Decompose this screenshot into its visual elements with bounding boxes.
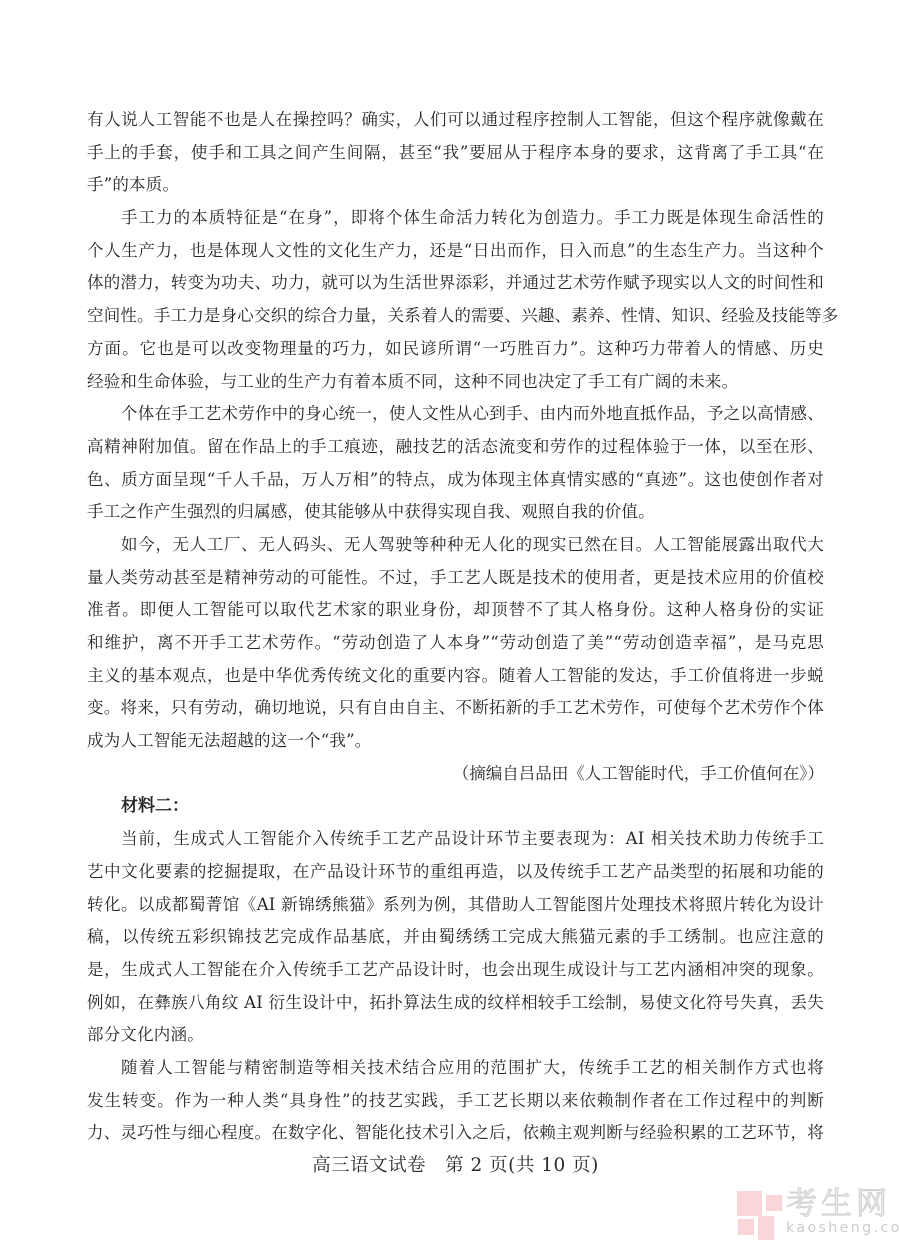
exam-paper-page: 有人说人工智能不也是人在操控吗？确实，人们可以通过程序控制人工智能，但这个程序就…: [0, 0, 900, 1256]
body-line: 高精神附加值。留在作品上的手工痕迹，融技艺的活态流变和劳作的过程体验于一体，以至…: [87, 431, 824, 464]
body-line: 如今，无人工厂、无人码头、无人驾驶等种种无人化的现实已然在目。人工智能展露出取代…: [87, 529, 824, 562]
page-content: 有人说人工智能不也是人在操控吗？确实，人们可以通过程序控制人工智能，但这个程序就…: [87, 104, 824, 1183]
body-line: 手上的手套，使手和工具之间产生间隔，甚至“我”要屈从于程序本身的要求，这背离了手…: [87, 137, 824, 170]
kaosheng-logo-icon: [735, 1188, 783, 1244]
paragraph-5: 当前，生成式人工智能介入传统手工艺产品设计环节主要表现为：AI 相关技术助力传统…: [87, 823, 824, 1052]
body-line: 有人说人工智能不也是人在操控吗？确实，人们可以通过程序控制人工智能，但这个程序就…: [87, 104, 824, 137]
body-line: 手”的本质。: [87, 169, 824, 202]
body-line: 主义的基本观点，也是中华优秀传统文化的重要内容。随着人工智能的发达，手工价值将进…: [87, 660, 824, 693]
body-line: 部分文化内涵。: [87, 1019, 824, 1052]
body-line: 色、质方面呈现“千人千品，万人万相”的特点，成为体现主体真情实感的“真迹”。这也…: [87, 464, 824, 497]
body-line: 手工力的本质特征是“在身”，即将个体生命活力转化为创造力。手工力既是体现生命活性…: [87, 202, 824, 235]
paragraph-6: 随着人工智能与精密制造等相关技术结合应用的范围扩大，传统手工艺的相关制作方式也将…: [87, 1052, 824, 1150]
body-line: 个人生产力，也是体现人文性的文化生产力，还是“日出而作，日入而息”的生态生产力。…: [87, 235, 824, 268]
watermark-site-domain: kaosheng.com: [786, 1221, 900, 1236]
paragraph-4: 如今，无人工厂、无人码头、无人驾驶等种种无人化的现实已然在目。人工智能展露出取代…: [87, 529, 824, 758]
body-line: 力、灵巧性与细心程度。在数字化、智能化技术引入之后，依赖主观判断与经验积累的工艺…: [87, 1117, 824, 1150]
material-two-heading: 材料二：: [87, 790, 824, 823]
body-line: 和维护，离不开手工艺术劳作。“劳动创造了人本身”“劳动创造了美”“劳动创造幸福”…: [87, 627, 824, 660]
page-footer: 高三语文试卷 第 2 页(共 10 页): [87, 1150, 824, 1183]
body-line: 体的潜力，转变为功夫、功力，就可以为生活世界添彩，并通过艺术劳作赋予现实以人文的…: [87, 267, 824, 300]
body-line: 稿，以传统五彩织锦技艺完成作品基底，并由蜀绣绣工完成大熊猫元素的手工绣制。也应注…: [87, 921, 824, 954]
body-line: 成为人工智能无法超越的这一个“我”。: [87, 725, 824, 758]
paragraph-1: 有人说人工智能不也是人在操控吗？确实，人们可以通过程序控制人工智能，但这个程序就…: [87, 104, 824, 202]
body-line: 是，生成式人工智能在介入传统手工艺产品设计时，也会出现生成设计与工艺内涵相冲突的…: [87, 954, 824, 987]
body-line: 当前，生成式人工智能介入传统手工艺产品设计环节主要表现为：AI 相关技术助力传统…: [87, 823, 824, 856]
body-line: 准者。即便人工智能可以取代艺术家的职业身份，却顶替不了其人格身份。这种人格身份的…: [87, 594, 824, 627]
body-line: 量人类劳动甚至是精神劳动的可能性。不过，手工艺人既是技术的使用者，更是技术应用的…: [87, 562, 824, 595]
body-line: 方面。它也是可以改变物理量的巧力，如民谚所谓“一巧胜百力”。这种巧力带着人的情感…: [87, 333, 824, 366]
material-one-citation: （摘编自吕品田《人工智能时代，手工价值何在》）: [87, 758, 824, 791]
body-line: 变。将来，只有劳动，确切地说，只有自由自主、不断拓新的手工艺术劳作，可使每个艺术…: [87, 692, 824, 725]
kaosheng-watermark: 考生网 kaosheng.com: [735, 1188, 900, 1248]
watermark-site-name: 考生网: [786, 1188, 900, 1221]
paragraph-3: 个体在手工艺术劳作中的身心统一，使人文性从心到手、由内而外地直抵作品，予之以高情…: [87, 398, 824, 529]
paragraph-2: 手工力的本质特征是“在身”，即将个体生命活力转化为创造力。手工力既是体现生命活性…: [87, 202, 824, 398]
body-line: 例如，在彝族八角纹 AI 衍生设计中，拓扑算法生成的纹样相较手工绘制，易使文化符…: [87, 987, 824, 1020]
body-line: 发生转变。作为一种人类“具身性”的技艺实践，手工艺长期以来依赖制作者在工作过程中…: [87, 1085, 824, 1118]
body-line: 艺中文化要素的挖掘提取，在产品设计环节的重组再造，以及传统手工艺产品类型的拓展和…: [87, 856, 824, 889]
body-line: 个体在手工艺术劳作中的身心统一，使人文性从心到手、由内而外地直抵作品，予之以高情…: [87, 398, 824, 431]
body-line: 转化。以成都蜀菁馆《AI 新锦绣熊猫》系列为例，其借助人工智能图片处理技术将照片…: [87, 889, 824, 922]
body-line: 空间性。手工力是身心交织的综合力量，关系着人的需要、兴趣、素养、性情、知识、经验…: [87, 300, 824, 333]
body-line: 经验和生命体验，与工业的生产力有着本质不同，这种不同也决定了手工有广阔的未来。: [87, 366, 824, 399]
body-line: 手工之作产生强烈的归属感，使其能够从中获得实现自我、观照自我的价值。: [87, 496, 824, 529]
watermark-text: 考生网 kaosheng.com: [786, 1188, 900, 1236]
body-line: 随着人工智能与精密制造等相关技术结合应用的范围扩大，传统手工艺的相关制作方式也将: [87, 1052, 824, 1085]
